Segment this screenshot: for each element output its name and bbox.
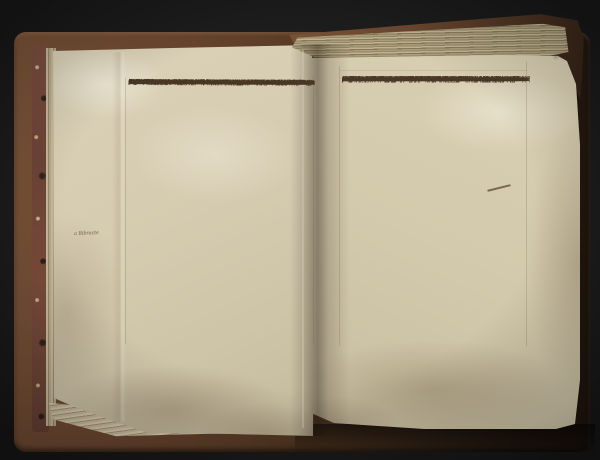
text-line: omnia auxilia conlocari iussit ac totum … [129,79,315,88]
faint-folio-mark [552,52,560,61]
margin-note: a Bibracte [74,229,118,241]
text-line: uulnera militum et propter sepulturam oc… [342,76,530,84]
ruling-line [339,66,340,346]
manuscript-photo: uigilia T. Labienum legatum pro praetore… [0,0,600,460]
left-page-text-block: uigilia T. Labienum legatum pro praetore… [127,79,314,344]
right-page-text-block: sarcinas in unum locum conferri et eum a… [342,76,530,340]
ruling-line [125,78,126,344]
ruling-line [339,70,527,71]
